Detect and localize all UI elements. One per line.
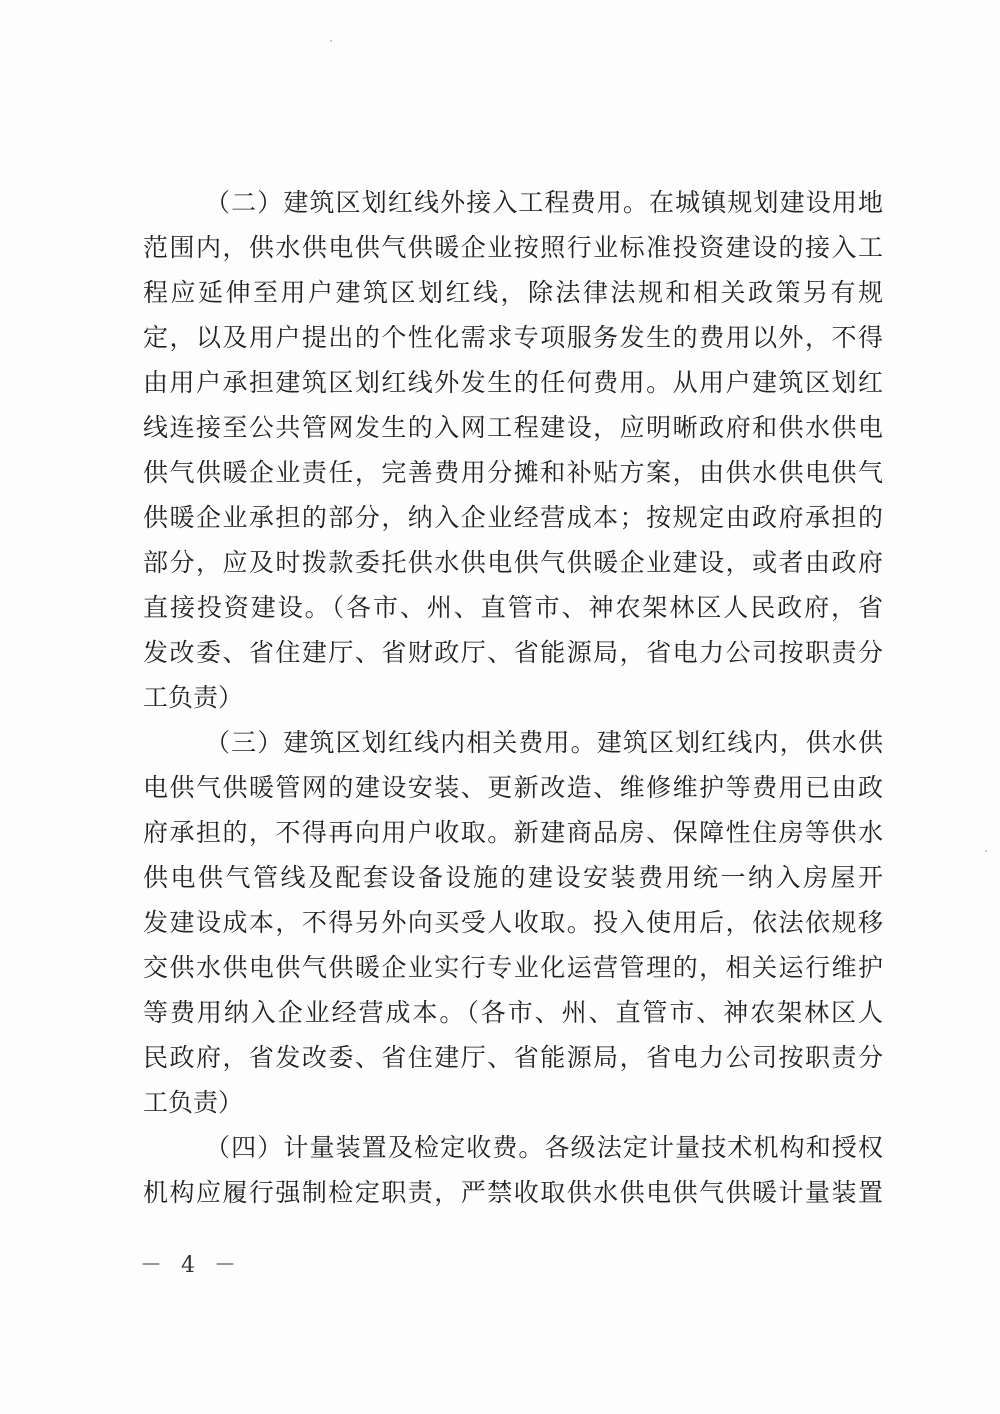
paragraph-line: 供电供气管线及配套设备设施的建设安装费用统一纳入房屋开 [143, 855, 883, 900]
page-number: － 4 － [140, 1248, 242, 1279]
paragraph-line: 机构应履行强制检定职责，严禁收取供水供电供气供暖计量装置 [143, 1170, 883, 1215]
document-page: （二）建筑区划红线外接入工程费用。在城镇规划建设用地 范围内，供水供电供气供暖企… [0, 0, 1000, 1414]
paragraph-line: 民政府，省发改委、省住建厅、省能源局，省电力公司按职责分 [143, 1035, 883, 1080]
paragraph-line: 府承担的，不得再向用户收取。新建商品房、保障性住房等供水 [143, 810, 883, 855]
scan-artifact [330, 40, 332, 42]
scan-artifact [985, 850, 987, 852]
paragraph-line: 定，以及用户提出的个性化需求专项服务发生的费用以外，不得 [143, 315, 883, 360]
paragraph-line: 交供水供电供气供暖企业实行专业化运营管理的，相关运行维护 [143, 945, 883, 990]
paragraph-line: 工负责） [143, 1080, 883, 1125]
paragraph-line: 由用户承担建筑区划红线外发生的任何费用。从用户建筑区划红 [143, 360, 883, 405]
paragraph-line: 供气供暖企业责任，完善费用分摊和补贴方案，由供水供电供气 [143, 450, 883, 495]
paragraph-line: （二）建筑区划红线外接入工程费用。在城镇规划建设用地 [143, 180, 883, 225]
paragraph-line: 工负责） [143, 675, 883, 720]
document-body: （二）建筑区划红线外接入工程费用。在城镇规划建设用地 范围内，供水供电供气供暖企… [143, 180, 883, 1215]
paragraph-line: 部分，应及时拨款委托供水供电供气供暖企业建设，或者由政府 [143, 540, 883, 585]
paragraph-line: 程应延伸至用户建筑区划红线，除法律法规和相关政策另有规 [143, 270, 883, 315]
paragraph-line: （四）计量装置及检定收费。各级法定计量技术机构和授权 [143, 1125, 883, 1170]
paragraph-line: 电供气供暖管网的建设安装、更新改造、维修维护等费用已由政 [143, 765, 883, 810]
paragraph-line: 发改委、省住建厅、省财政厅、省能源局，省电力公司按职责分 [143, 630, 883, 675]
paragraph-line: 直接投资建设。（各市、州、直管市、神农架林区人民政府，省 [143, 585, 883, 630]
paragraph-line: （三）建筑区划红线内相关费用。建筑区划红线内，供水供 [143, 720, 883, 765]
paragraph-line: 线连接至公共管网发生的入网工程建设，应明晰政府和供水供电 [143, 405, 883, 450]
paragraph-line: 等费用纳入企业经营成本。（各市、州、直管市、神农架林区人 [143, 990, 883, 1035]
paragraph-line: 发建设成本，不得另外向买受人收取。投入使用后，依法依规移 [143, 900, 883, 945]
paragraph-line: 范围内，供水供电供气供暖企业按照行业标准投资建设的接入工 [143, 225, 883, 270]
paragraph-line: 供暖企业承担的部分，纳入企业经营成本；按规定由政府承担的 [143, 495, 883, 540]
